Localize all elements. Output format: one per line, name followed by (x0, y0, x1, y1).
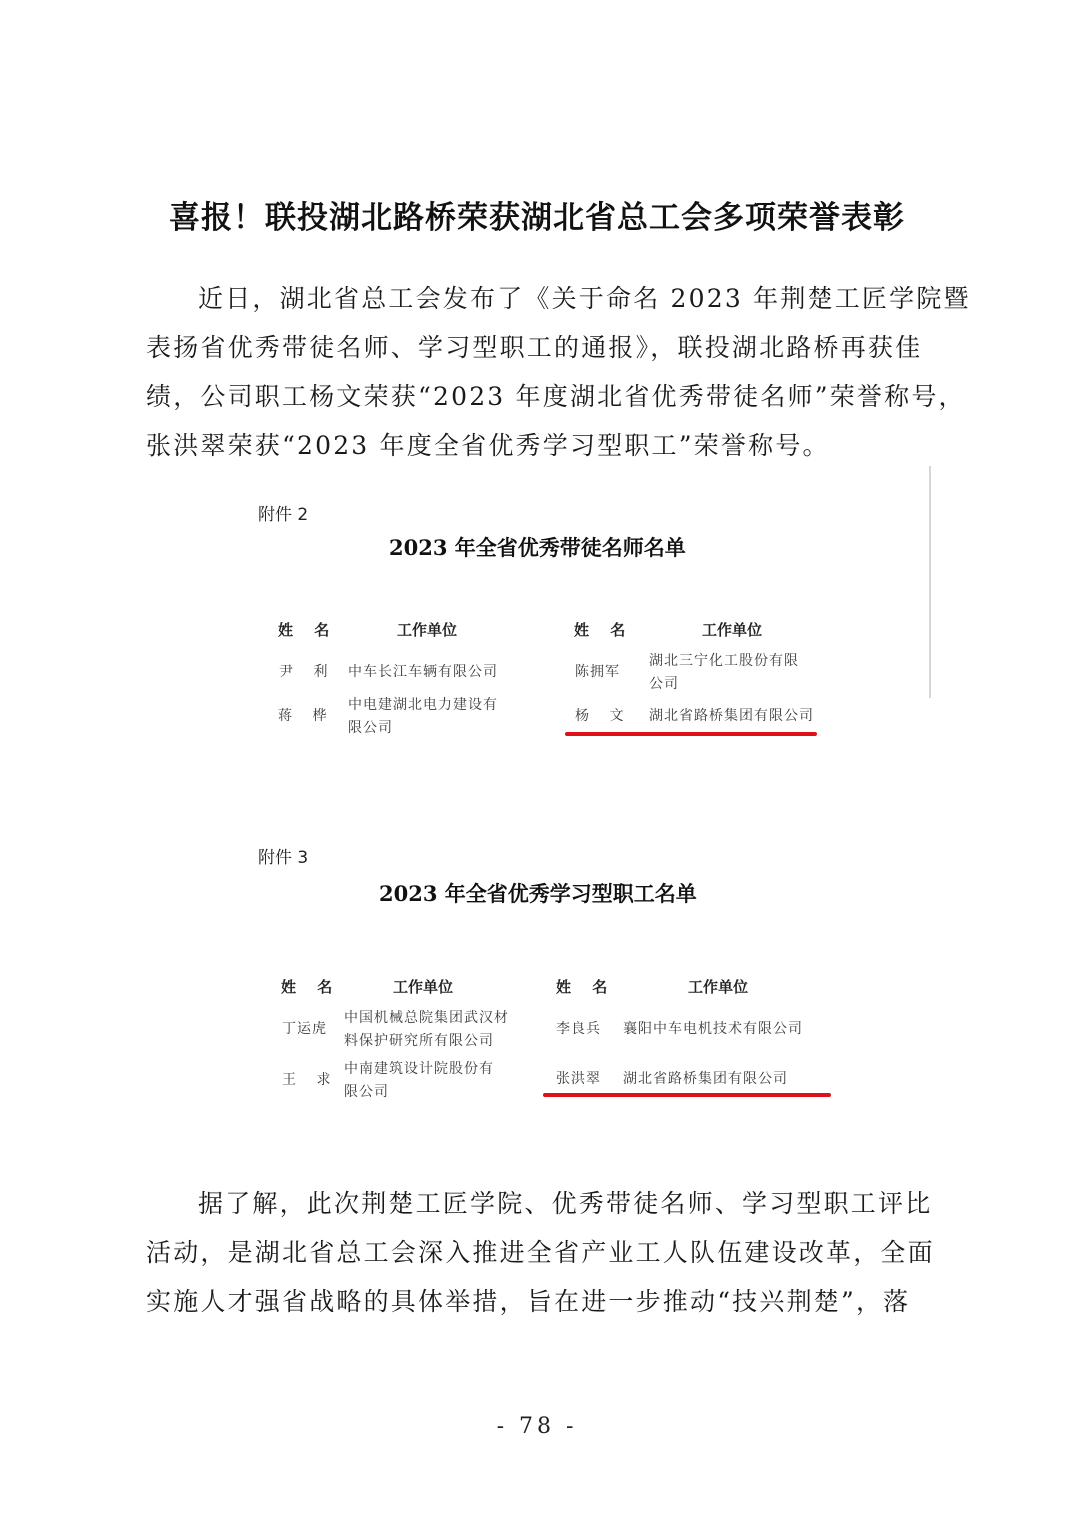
header-unit-left: 工作单位 (397, 619, 457, 640)
table-row-unit: 湖北三宁化工股份有限 (649, 650, 799, 673)
red-underline-highlight (565, 732, 817, 736)
header-name-right: 姓 名 (574, 619, 633, 640)
table-row-name-highlighted: 张洪翠 (556, 1068, 601, 1091)
table-row-unit: 中国机械总院集团武汉材 (344, 1007, 509, 1030)
table-row-unit-highlighted: 湖北省路桥集团有限公司 (623, 1068, 788, 1091)
table-row-unit: 料保护研究所有限公司 (344, 1030, 494, 1053)
table-row-unit: 公司 (649, 673, 679, 696)
table-row-unit: 限公司 (344, 1081, 389, 1104)
paragraph-line: 张洪翠荣获“2023 年度全省优秀学习型职工”荣誉称号。 (146, 421, 946, 470)
table-row-unit-highlighted: 湖北省路桥集团有限公司 (649, 705, 814, 728)
header-unit-right: 工作单位 (702, 619, 762, 640)
attachment-2-title: 2023 年全省优秀带徒名师名单 (389, 532, 686, 562)
attachment-2-label: 附件 2 (258, 500, 308, 525)
table-row-name: 丁运虎 (282, 1018, 327, 1041)
table-row-unit: 限公司 (348, 717, 393, 740)
table-row-name: 陈拥军 (575, 661, 620, 684)
header-unit-right: 工作单位 (688, 976, 748, 997)
header-unit-left: 工作单位 (393, 976, 453, 997)
table-row-name: 蒋 桦 (278, 705, 334, 728)
attachment-3-label: 附件 3 (258, 843, 308, 868)
paragraph-line: 据了解，此次荆楚工匠学院、优秀带徒名师、学习型职工评比 (146, 1179, 946, 1228)
paragraph-line: 近日，湖北省总工会发布了《关于命名 2023 年荆楚工匠学院暨 (146, 274, 946, 323)
intro-paragraph: 近日，湖北省总工会发布了《关于命名 2023 年荆楚工匠学院暨 表扬省优秀带徒名… (146, 274, 946, 470)
paragraph-line: 绩，公司职工杨文荣获“2023 年度湖北省优秀带徒名师”荣誉称号， (146, 372, 946, 421)
closing-paragraph: 据了解，此次荆楚工匠学院、优秀带徒名师、学习型职工评比 活动，是湖北省总工会深入… (146, 1179, 946, 1326)
table-row-name: 李良兵 (556, 1018, 601, 1041)
table-row-unit: 中车长江车辆有限公司 (348, 661, 498, 684)
paragraph-line: 实施人才强省战略的具体举措，旨在进一步推动“技兴荆楚”，落 (146, 1277, 946, 1326)
table-row-unit: 中南建筑设计院股份有 (344, 1058, 494, 1081)
paragraph-line: 活动，是湖北省总工会深入推进全省产业工人队伍建设改革，全面 (146, 1228, 946, 1277)
table-row-name: 王 求 (282, 1069, 338, 1092)
table-row-unit: 中电建湖北电力建设有 (348, 694, 498, 717)
table-row-unit: 襄阳中车电机技术有限公司 (623, 1018, 803, 1041)
header-name-left: 姓 名 (281, 976, 340, 997)
attachment-3-title: 2023 年全省优秀学习型职工名单 (379, 878, 697, 908)
header-name-left: 姓 名 (278, 619, 337, 640)
page-number: - 78 - (0, 1414, 1074, 1439)
table-row-name-highlighted: 杨 文 (575, 705, 631, 728)
red-underline-highlight (543, 1093, 831, 1097)
article-title: 喜报！联投湖北路桥荣获湖北省总工会多项荣誉表彰 (0, 192, 1074, 237)
table-row-name: 尹 利 (279, 661, 335, 684)
paragraph-line: 表扬省优秀带徒名师、学习型职工的通报》，联投湖北路桥再获佳 (146, 323, 946, 372)
header-name-right: 姓 名 (556, 976, 615, 997)
image-border-divider (929, 466, 931, 698)
